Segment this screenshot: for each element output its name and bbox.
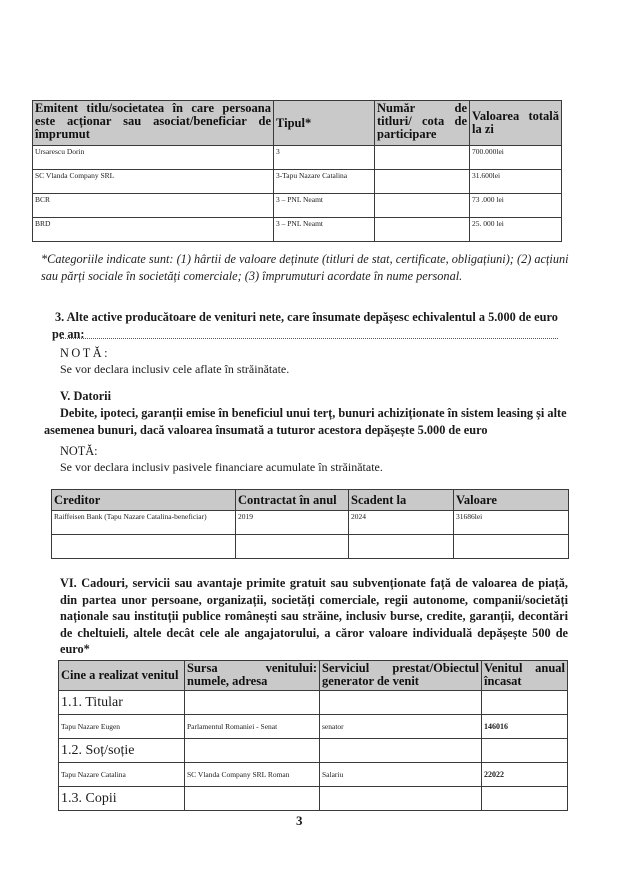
income-table: Cine a realizat venitul Sursa venitului:…: [58, 660, 568, 811]
header-contracted-year: Contractat în anul: [236, 490, 349, 511]
section-v-description: Debite, ipoteci, garanții emise în benef…: [44, 405, 579, 439]
header-issuer: Emitent titlu/societatea în care persoan…: [33, 101, 274, 146]
header-creditor: Creditor: [52, 490, 236, 511]
header-earner: Cine a realizat venitul: [59, 661, 185, 691]
table-row-category: 1.3. Copii: [59, 787, 568, 811]
header-type: Tipul*: [274, 101, 375, 146]
cell-service: senator: [320, 715, 482, 739]
table-row: [52, 535, 569, 559]
cell-annual-income: 22022: [482, 763, 568, 787]
table-row: Ursarescu Dorin 3 700.000lei: [33, 146, 562, 170]
cell-value: 31686lei: [454, 511, 569, 535]
cell-category: 1.3. Copii: [59, 787, 185, 811]
nota-text: Se vor declara inclusiv cele aflate în s…: [60, 362, 289, 377]
cell-service: [320, 739, 482, 763]
header-annual-income: Venitul anual încasat: [482, 661, 568, 691]
table-row-category: 1.1. Titular: [59, 691, 568, 715]
nota-label: NOTĂ:: [60, 444, 98, 459]
cell-income-source: Parlamentul Romaniei - Senat: [185, 715, 320, 739]
section-vi-heading: VI. Cadouri, servicii sau avantaje primi…: [60, 575, 568, 658]
cell-contracted-year: 2019: [236, 511, 349, 535]
section-3-line2: pe an:: [52, 326, 580, 343]
cell-type: 3 – PNL Neamt: [274, 218, 375, 242]
table-row: BCR 3 – PNL Neamt 73 .000 lei: [33, 194, 562, 218]
cell-due-date: 2024: [349, 511, 454, 535]
cell-income-source: [185, 739, 320, 763]
dotted-fill-line: [60, 338, 558, 339]
section-3-line1: 3. Alte active producătoare de venituri …: [55, 309, 580, 326]
cell-total-value: 31.600lei: [470, 170, 562, 194]
securities-table: Emitent titlu/societatea în care persoan…: [32, 100, 562, 242]
cell-annual-income: [482, 739, 568, 763]
cell-shares-count: [375, 146, 470, 170]
cell-service: Salariu: [320, 763, 482, 787]
header-due-date: Scadent la: [349, 490, 454, 511]
cell-creditor: [52, 535, 236, 559]
cell-income-source: [185, 787, 320, 811]
table-row: Tapu Nazare Catalina SC Vlanda Company S…: [59, 763, 568, 787]
table-header-row: Creditor Contractat în anul Scadent la V…: [52, 490, 569, 511]
header-shares-count: Număr de titluri/ cota de participare: [375, 101, 470, 146]
nota-text: Se vor declara inclusiv pasivele financi…: [60, 460, 383, 475]
cell-earner: Tapu Nazare Catalina: [59, 763, 185, 787]
header-value: Valoare: [454, 490, 569, 511]
cell-annual-income: 146016: [482, 715, 568, 739]
cell-service: [320, 787, 482, 811]
table-header-row: Emitent titlu/societatea în care persoan…: [33, 101, 562, 146]
header-service: Serviciul prestat/Obiectul generator de …: [320, 661, 482, 691]
section-v-title: V. Datorii: [60, 389, 111, 404]
cell-due-date: [349, 535, 454, 559]
cell-type: 3: [274, 146, 375, 170]
table-header-row: Cine a realizat venitul Sursa venitului:…: [59, 661, 568, 691]
cell-earner: Tapu Nazare Eugen: [59, 715, 185, 739]
cell-type: 3-Tapu Nazare Catalina: [274, 170, 375, 194]
table-row: Raiffeisen Bank (Tapu Nazare Catalina-be…: [52, 511, 569, 535]
cell-type: 3 – PNL Neamt: [274, 194, 375, 218]
cell-shares-count: [375, 194, 470, 218]
table-row: BRD 3 – PNL Neamt 25. 000 lei: [33, 218, 562, 242]
cell-contracted-year: [236, 535, 349, 559]
cell-creditor: Raiffeisen Bank (Tapu Nazare Catalina-be…: [52, 511, 236, 535]
nota-label: NOTĂ:: [60, 346, 110, 361]
cell-annual-income: [482, 787, 568, 811]
cell-income-source: SC Vlanda Company SRL Roman: [185, 763, 320, 787]
cell-issuer: BCR: [33, 194, 274, 218]
cell-annual-income: [482, 691, 568, 715]
cell-issuer: BRD: [33, 218, 274, 242]
debts-table: Creditor Contractat în anul Scadent la V…: [51, 489, 569, 559]
header-total-value: Valoarea totală la zi: [470, 101, 562, 146]
cell-category: 1.1. Titular: [59, 691, 185, 715]
categories-footnote: *Categoriile indicate sunt: (1) hârtii d…: [41, 251, 571, 285]
table-row-category: 1.2. Soț/soție: [59, 739, 568, 763]
cell-issuer: SC Vlanda Company SRL: [33, 170, 274, 194]
page-number: 3: [296, 813, 303, 829]
cell-total-value: 25. 000 lei: [470, 218, 562, 242]
cell-shares-count: [375, 218, 470, 242]
cell-category: 1.2. Soț/soție: [59, 739, 185, 763]
cell-issuer: Ursarescu Dorin: [33, 146, 274, 170]
cell-service: [320, 691, 482, 715]
cell-total-value: 73 .000 lei: [470, 194, 562, 218]
table-row: Tapu Nazare Eugen Parlamentul Romaniei -…: [59, 715, 568, 739]
header-income-source: Sursa venitului: numele, adresa: [185, 661, 320, 691]
cell-value: [454, 535, 569, 559]
table-row: SC Vlanda Company SRL 3-Tapu Nazare Cata…: [33, 170, 562, 194]
cell-income-source: [185, 691, 320, 715]
cell-total-value: 700.000lei: [470, 146, 562, 170]
cell-shares-count: [375, 170, 470, 194]
